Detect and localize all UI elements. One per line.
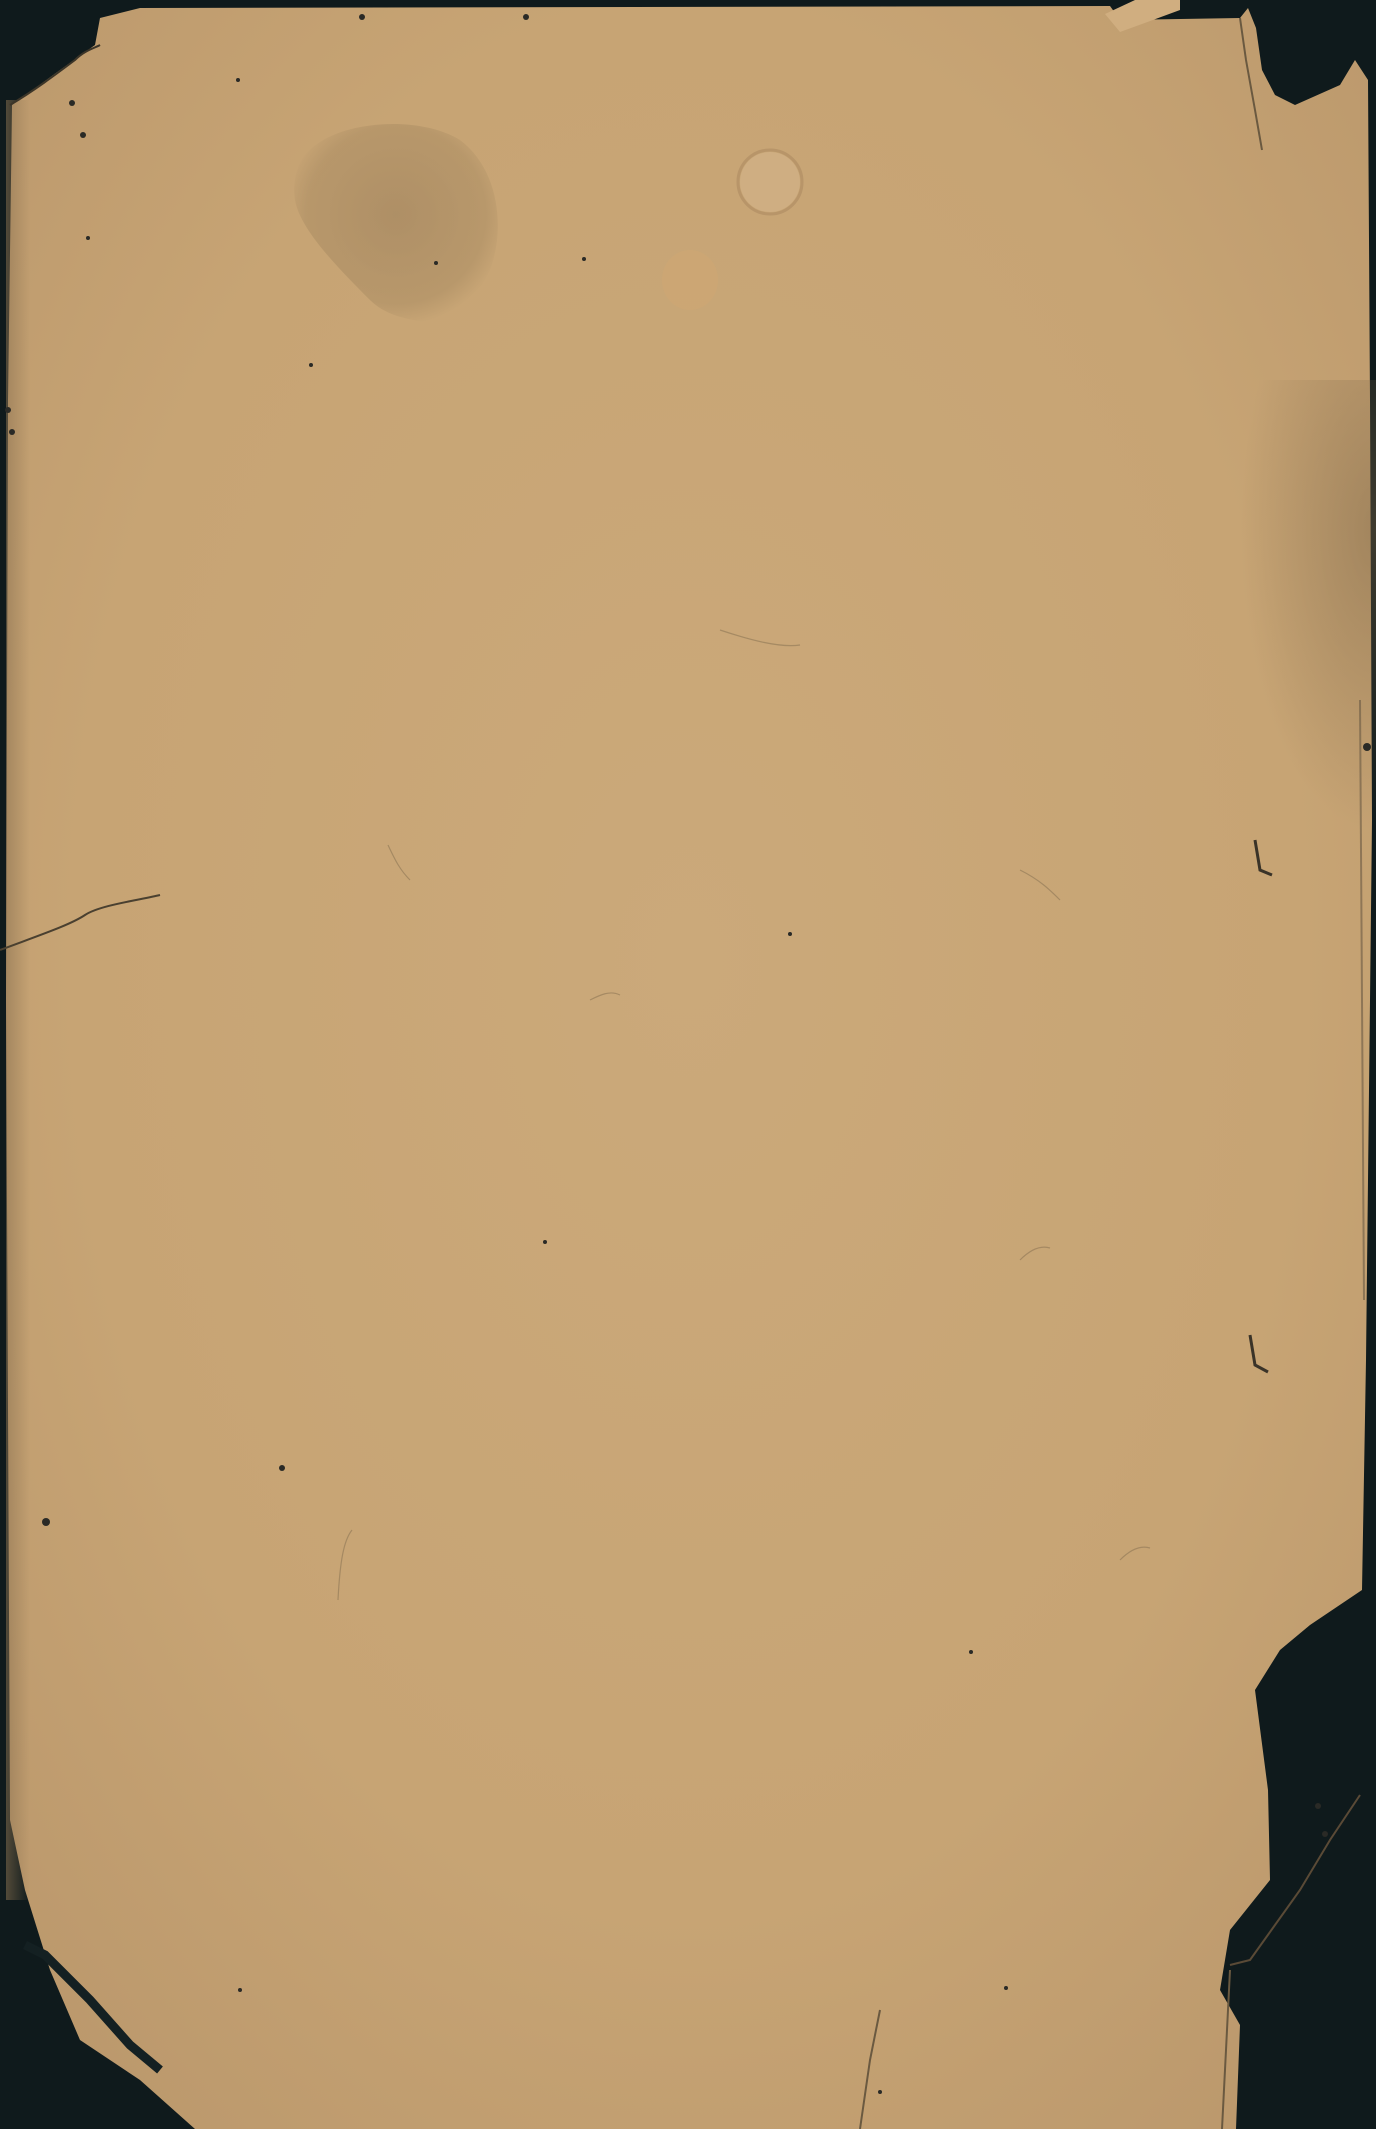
aged-paper-sheet xyxy=(0,0,1376,2129)
foxing-spot xyxy=(662,250,718,310)
paper-body xyxy=(6,6,1372,2129)
water-stain-ring xyxy=(740,152,800,212)
binding-shadow xyxy=(6,100,30,1900)
edge-shadow xyxy=(1150,380,1376,880)
scanned-page xyxy=(0,0,1376,2129)
